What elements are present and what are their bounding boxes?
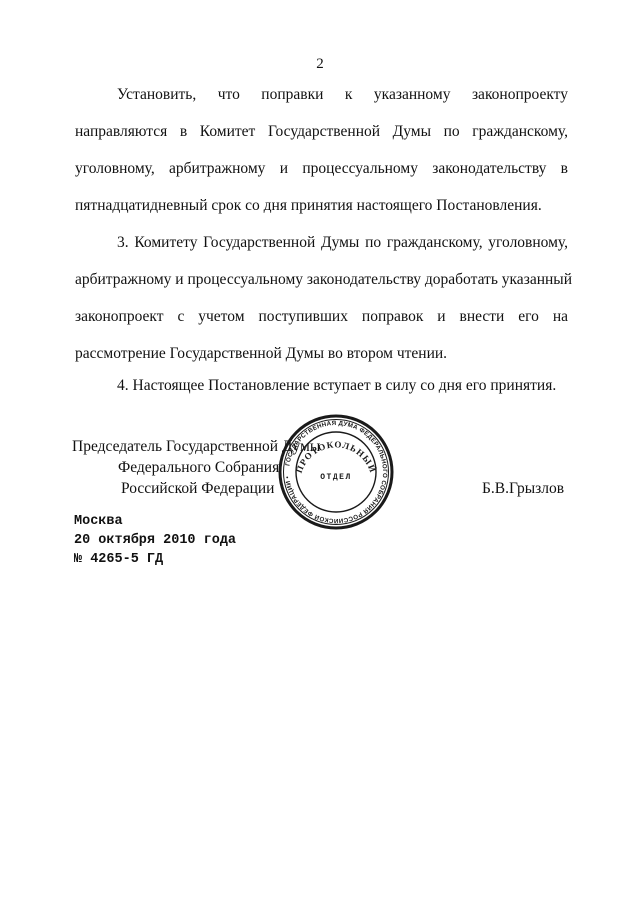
text-line: уголовному, арбитражному и процессуально… — [75, 159, 568, 179]
official-stamp: ГОСУДАРСТВЕННАЯ ДУМА ФЕДЕРАЛЬНОГО СОБРАН… — [277, 413, 395, 531]
signatory-name: Б.В.Грызлов — [482, 479, 564, 499]
stamp-seal-icon: ГОСУДАРСТВЕННАЯ ДУМА ФЕДЕРАЛЬНОГО СОБРАН… — [277, 413, 395, 531]
document-number: № 4265-5 ГД — [74, 551, 163, 569]
stamp-department-label: ОТДЕЛ — [320, 473, 352, 482]
text-line: арбитражному и процессуальному законодат… — [75, 270, 568, 290]
date-label: 20 октября 2010 года — [74, 532, 236, 550]
signatory-title-line: Федерального Собрания — [118, 458, 279, 478]
text-line: направляются в Комитет Государственной Д… — [75, 122, 568, 142]
text-line: законопроект с учетом поступивших поправ… — [75, 307, 568, 327]
text-line: 4. Настоящее Постановление вступает в си… — [117, 376, 568, 396]
text-line: пятнадцатидневный срок со дня принятия н… — [75, 196, 568, 216]
text-line: рассмотрение Государственной Думы во вто… — [75, 344, 568, 364]
text-line: Установить, что поправки к указанному за… — [117, 85, 568, 105]
text-line: 3. Комитету Государственной Думы по граж… — [117, 233, 568, 253]
page-number: 2 — [0, 56, 640, 73]
signatory-title-line: Российской Федерации — [121, 479, 274, 499]
city-label: Москва — [74, 513, 123, 531]
document-page: 2 Установить, что поправки к указанному … — [0, 0, 640, 905]
